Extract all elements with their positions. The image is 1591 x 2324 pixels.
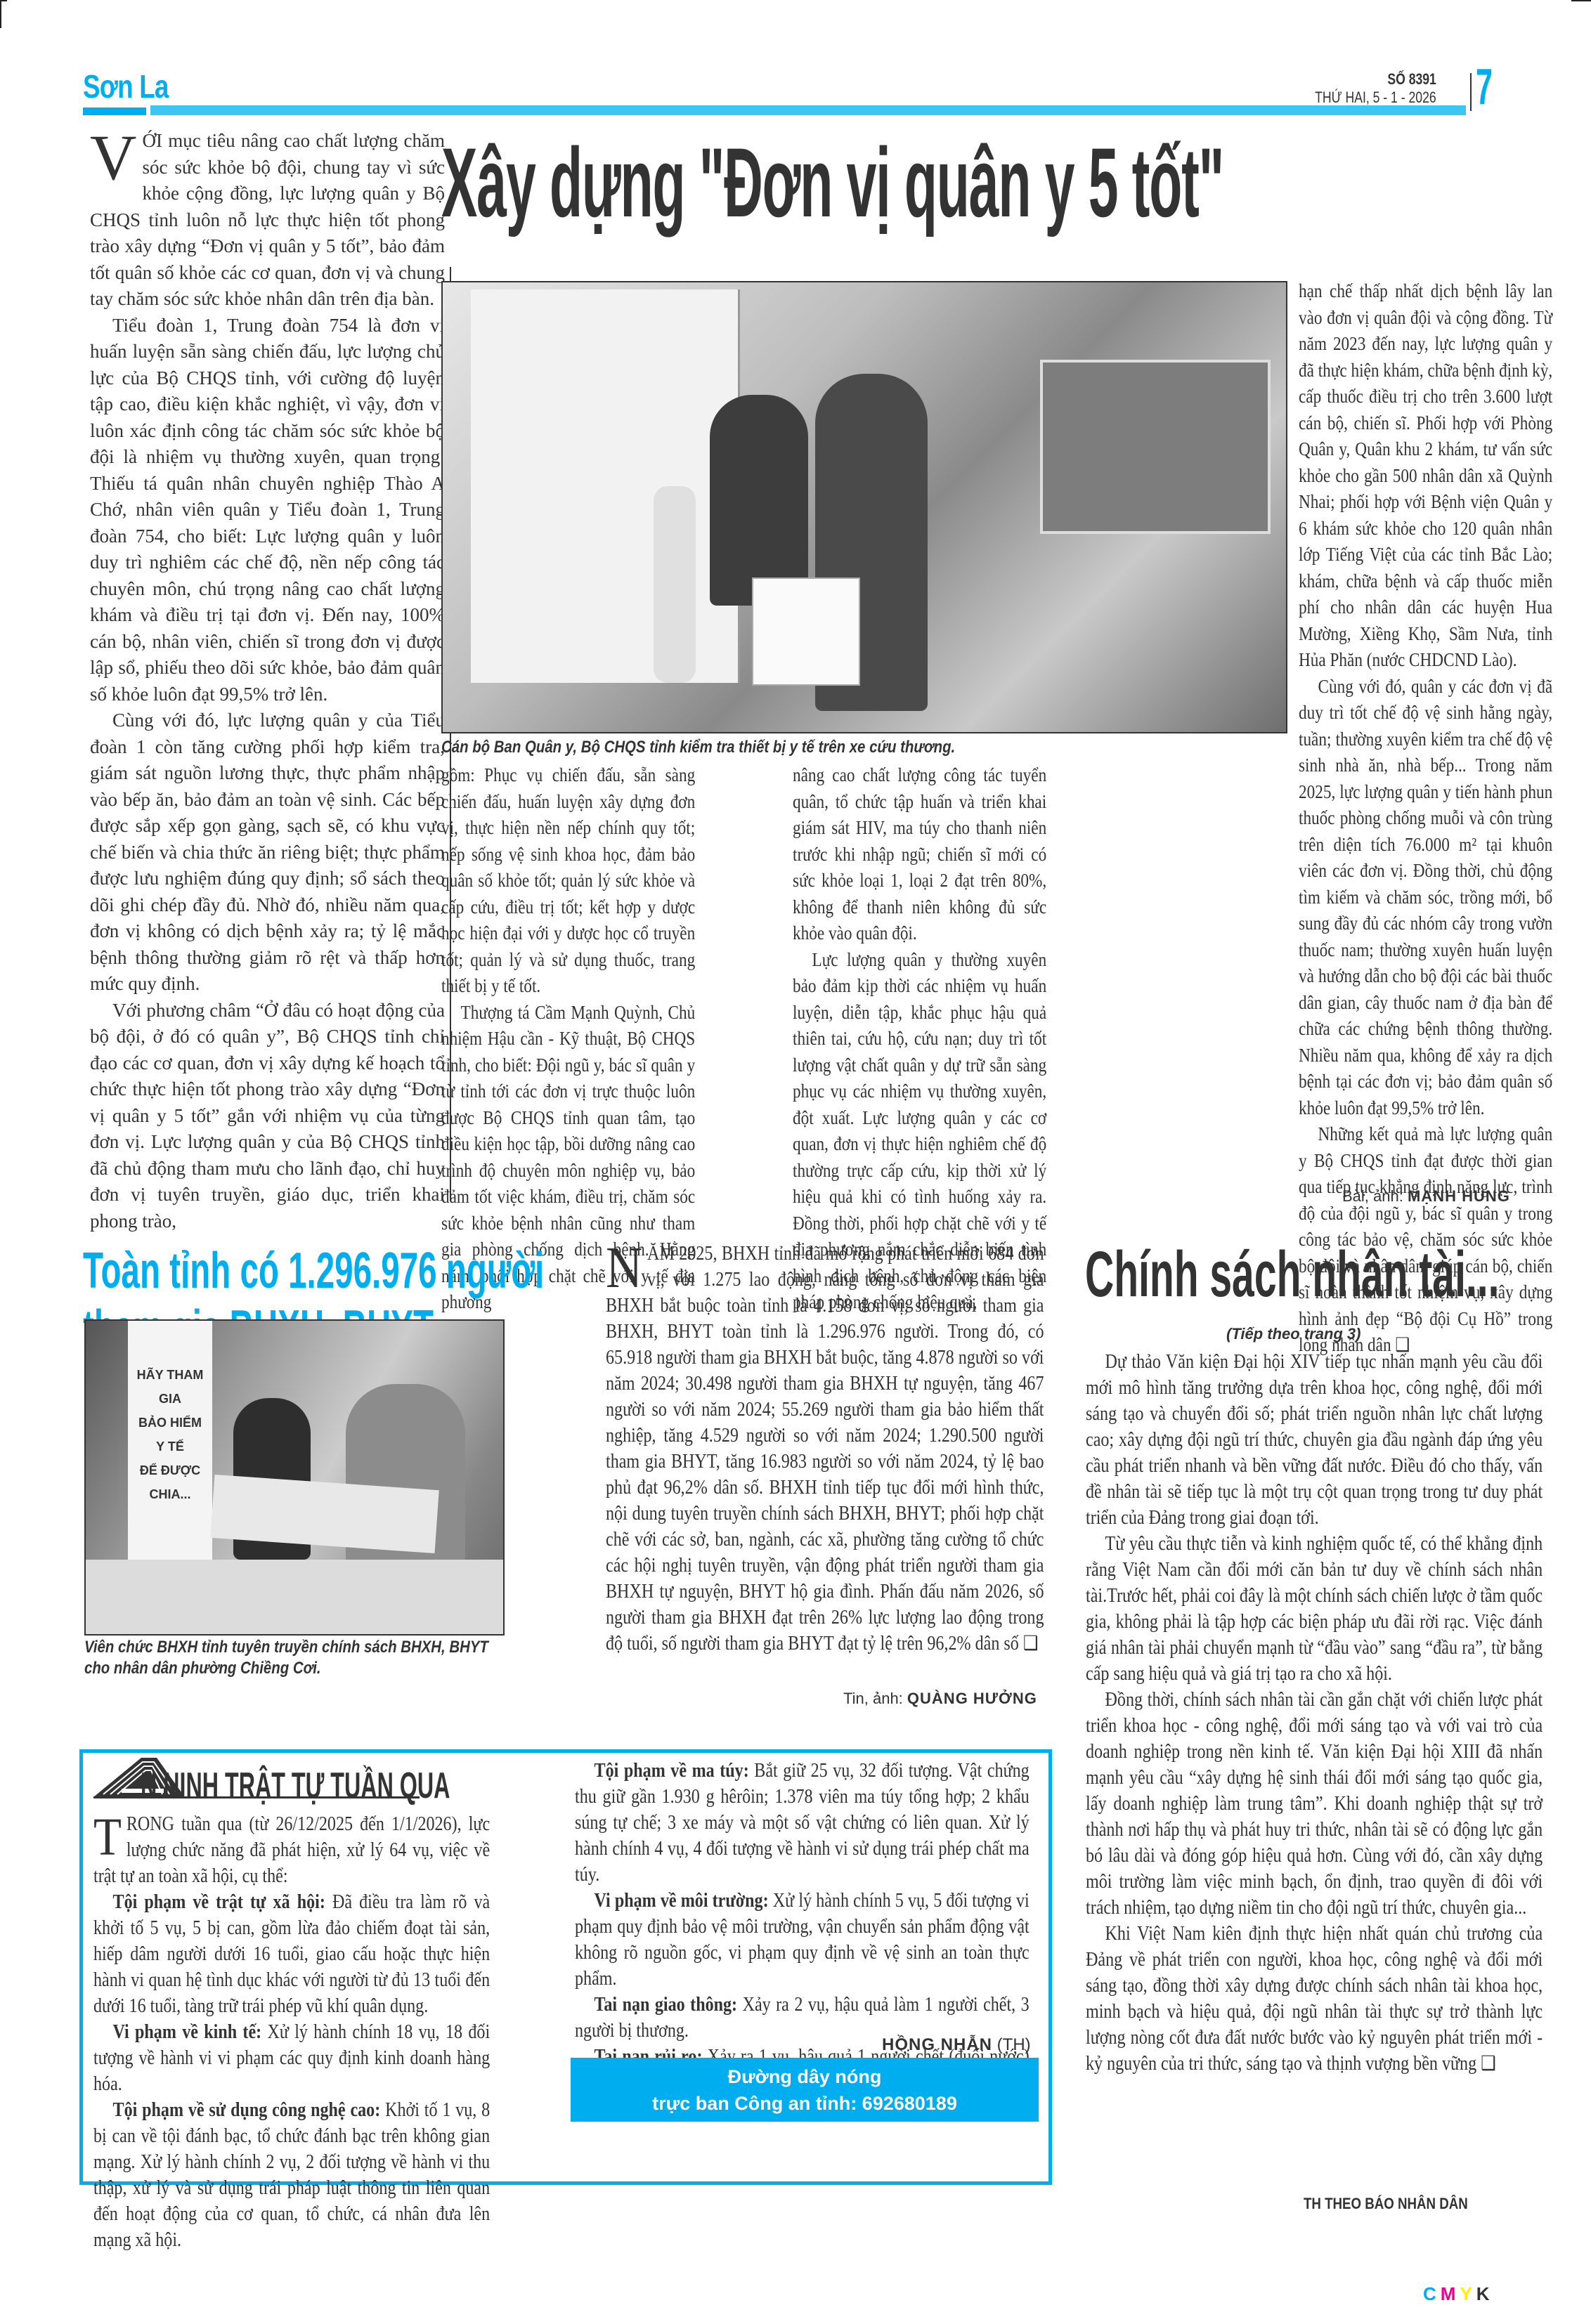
byline-bhxh: Tin, ảnh: QUÀNG HƯỞNG bbox=[843, 1690, 1037, 1708]
item-label: Tội phạm về trật tự xã hội: bbox=[113, 1891, 325, 1913]
item-label: Tội phạm về sử dụng công nghệ cao: bbox=[113, 2099, 381, 2121]
issue-number: SỐ 8391 bbox=[1388, 70, 1436, 89]
photo-cabinet bbox=[471, 289, 740, 683]
main-article-col2: gồm: Phục vụ chiến đấu, sẵn sàng chiến đ… bbox=[441, 762, 695, 1316]
header-divider bbox=[1470, 73, 1472, 111]
cmyk-y: Y bbox=[1460, 2283, 1476, 2304]
security-box-title: N NINH TRẬT TỰ TUẦN QUA bbox=[141, 1765, 450, 1807]
headline-talent: Chính sách nhân tài... bbox=[1085, 1242, 1499, 1307]
page-number: 7 bbox=[1476, 62, 1493, 112]
section-name: Sơn La bbox=[83, 67, 169, 105]
banner-text: CHIA... bbox=[128, 1482, 212, 1506]
photo-person-left bbox=[710, 395, 808, 606]
paragraph: gồm: Phục vụ chiến đấu, sẵn sàng chiến đ… bbox=[441, 762, 695, 1000]
banner-text: Y TẾ bbox=[128, 1435, 212, 1458]
caption-line: Viên chức BHXH tỉnh tuyên truyền chính s… bbox=[84, 1637, 488, 1658]
cmyk-print-marks: CMYK bbox=[1423, 2283, 1494, 2305]
paragraph: Cùng với đó, quân y các đơn vị đã duy tr… bbox=[1299, 674, 1552, 1122]
issue-date: THỨ HAI, 5 - 1 - 2026 bbox=[1315, 89, 1436, 107]
paragraph: Với phương châm “Ở đâu có hoạt động của … bbox=[90, 998, 445, 1235]
paragraph: Dự thảo Văn kiện Đại hội XIV tiếp tục nh… bbox=[1086, 1349, 1543, 1531]
paragraph: ỚI mục tiêu nâng cao chất lượng chăm sóc… bbox=[90, 130, 445, 309]
header-bar bbox=[150, 105, 1466, 115]
item-label: Vi phạm về môi trường: bbox=[595, 1890, 769, 1912]
title-underline bbox=[93, 1796, 420, 1799]
paragraph: nâng cao chất lượng công tác tuyển quân,… bbox=[793, 762, 1046, 947]
paragraph: Đồng thời, chính sách nhân tài cần gắn c… bbox=[1086, 1687, 1543, 1921]
paragraph: Tiểu đoàn 1, Trung đoàn 754 là đơn vị hu… bbox=[90, 313, 445, 708]
byline-prefix: Bài, ảnh: bbox=[1342, 1187, 1403, 1205]
banner-text: BẢO HIỂM bbox=[128, 1411, 212, 1435]
security-col1: TRONG tuần qua (từ 26/12/2025 đến 1/1/20… bbox=[93, 1811, 490, 2253]
item-label: Vi phạm về kinh tế: bbox=[113, 2021, 262, 2043]
hotline-title: Đường dây nóng bbox=[571, 2063, 1039, 2090]
photo-ambulance bbox=[441, 281, 1287, 733]
main-article-col1: VỚI mục tiêu nâng cao chất lượng chăm só… bbox=[90, 128, 445, 1234]
banner-text: ĐỂ ĐƯỢC bbox=[128, 1458, 212, 1482]
byline-main: Bài, ảnh: MẠNH HÙNG bbox=[1342, 1187, 1510, 1206]
photo-table bbox=[86, 1560, 503, 1634]
paragraph: Khi Việt Nam kiên định thực hiện nhất qu… bbox=[1086, 1921, 1543, 2077]
photo-window bbox=[1040, 360, 1271, 534]
paragraph: Cùng với đó, lực lượng quân y của Tiểu đ… bbox=[90, 707, 445, 998]
security-item: Vi phạm về môi trường: Xử lý hành chính … bbox=[575, 1888, 1030, 1992]
dropcap: V bbox=[90, 132, 136, 183]
source-talent: TH THEO BÁO NHÂN DÂN bbox=[1304, 2195, 1468, 2213]
photo-bhxh: HÃY THAM GIA BẢO HIỂM Y TẾ ĐỂ ĐƯỢC CHIA.… bbox=[84, 1319, 505, 1636]
paragraph: hạn chế thấp nhất dịch bệnh lây lan vào … bbox=[1299, 278, 1552, 674]
cmyk-k: K bbox=[1476, 2283, 1494, 2304]
header-bar-accent bbox=[83, 107, 146, 115]
photo-oxygen-tank bbox=[654, 486, 696, 683]
byline-security: HỒNG NHẪN (TH) bbox=[882, 2035, 1031, 2055]
hotline-number: trực ban Công an tỉnh: 692680189 bbox=[571, 2090, 1039, 2117]
cmyk-c: C bbox=[1423, 2283, 1441, 2304]
photo-banner: HÃY THAM GIA BẢO HIỂM Y TẾ ĐỂ ĐƯỢC CHIA.… bbox=[128, 1321, 212, 1560]
headline-main: Xây dựng "Đơn vị quân y 5 tốt" bbox=[441, 133, 1223, 232]
photo-box bbox=[752, 577, 860, 686]
continued-note: (Tiếp theo trang 3) bbox=[1226, 1325, 1361, 1343]
dropcap: T bbox=[93, 1815, 122, 1859]
hotline-banner: Đường dây nóng trực ban Công an tỉnh: 69… bbox=[571, 2058, 1039, 2122]
item-label: Tai nạn giao thông: bbox=[595, 1994, 738, 2016]
photo-caption-main: Cán bộ Ban Quân y, Bộ CHQS tỉnh kiểm tra… bbox=[441, 738, 955, 757]
security-item: Tội phạm về sử dụng công nghệ cao: Khởi … bbox=[93, 2097, 490, 2253]
security-item: Vi phạm về kinh tế: Xử lý hành chính 18 … bbox=[93, 2019, 490, 2097]
banner-text: HÃY THAM GIA bbox=[128, 1363, 212, 1411]
security-item: Tội phạm về trật tự xã hội: Đã điều tra … bbox=[93, 1889, 490, 2019]
byline-suffix: (TH) bbox=[997, 2035, 1031, 2054]
talent-article-body: Dự thảo Văn kiện Đại hội XIV tiếp tục nh… bbox=[1086, 1349, 1543, 2077]
photo-caption-bhxh: Viên chức BHXH tỉnh tuyên truyền chính s… bbox=[84, 1637, 488, 1679]
caption-line: cho nhân dân phường Chiềng Cơi. bbox=[84, 1658, 488, 1679]
paragraph: ĂM 2025, BHXH tỉnh đã mở rộng phát triển… bbox=[606, 1243, 1044, 1654]
byline-author: HỒNG NHẪN bbox=[882, 2035, 992, 2054]
main-article-col3: nâng cao chất lượng công tác tuyển quân,… bbox=[793, 762, 1046, 1316]
crop-mark-left bbox=[0, 0, 1, 28]
item-text: Khởi tố 1 vụ, 8 bị can về tội đánh bạc, … bbox=[93, 2099, 490, 2251]
crop-mark-top-right bbox=[1571, 0, 1591, 1]
security-item: Tội phạm về ma túy: Bắt giữ 25 vụ, 32 đố… bbox=[575, 1758, 1030, 1888]
bhxh-article-body: NĂM 2025, BHXH tỉnh đã mở rộng phát triể… bbox=[606, 1241, 1044, 1657]
dropcap: N bbox=[606, 1245, 642, 1291]
paragraph: Từ yêu cầu thực tiễn và kinh nghiệm quốc… bbox=[1086, 1531, 1543, 1687]
cmyk-m: M bbox=[1441, 2283, 1460, 2304]
byline-author: QUÀNG HƯỞNG bbox=[907, 1690, 1037, 1707]
paragraph: RONG tuần qua (từ 26/12/2025 đến 1/1/202… bbox=[93, 1813, 490, 1887]
byline-author: MẠNH HÙNG bbox=[1408, 1187, 1510, 1205]
headline-line: Toàn tỉnh có 1.296.976 người bbox=[83, 1242, 544, 1300]
byline-prefix: Tin, ảnh: bbox=[843, 1690, 903, 1707]
item-label: Tội phạm về ma túy: bbox=[595, 1760, 749, 1782]
